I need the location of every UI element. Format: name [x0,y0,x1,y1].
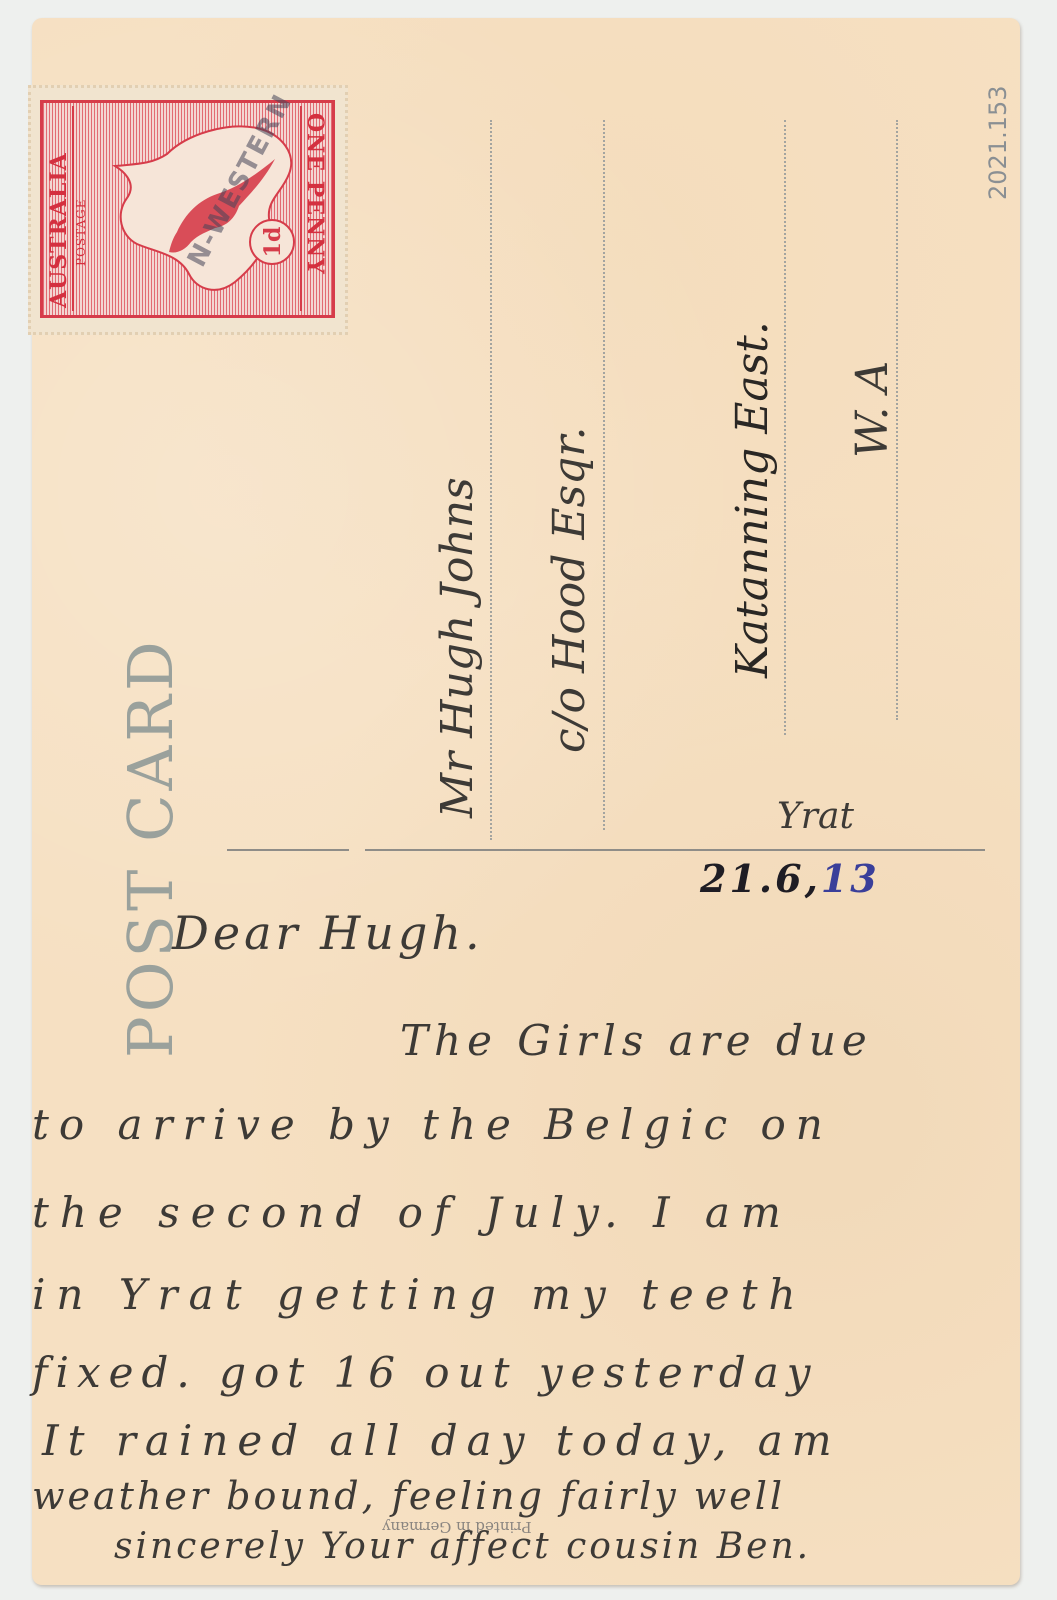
message-line: fixed. got 16 out yesterday [32,1348,818,1397]
date-day: 21 [700,856,759,901]
stamp-postage-label: POSTAGE [74,199,88,267]
printer-imprint: Printed in Germany [382,1518,532,1536]
address-town: Katanning East. [727,321,778,678]
date-year: 13 [821,856,880,901]
address-state: W. A [847,361,898,458]
message-line: weather bound, feeling fairly well [32,1474,785,1518]
message-line: the second of July. I am [32,1188,792,1237]
date-month: 6 [775,856,804,901]
address-care-of: c/o Hood Esqr. [544,427,595,754]
catalog-number: 2021.153 [984,85,1012,200]
message-line: It rained all day today, am [42,1416,841,1465]
svg-text:1d: 1d [260,227,286,258]
address-recipient: Mr Hugh Johns [432,477,483,818]
message-line: in Yrat getting my teeth [32,1270,807,1319]
address-line-1-rule [490,120,492,840]
message-line: to arrive by the Belgic on [32,1100,833,1149]
divider-left [227,849,349,851]
message-line: The Girls are due [400,1016,873,1065]
dateline-place: Yrat [777,796,854,837]
stamp-country-label: AUSTRALIA [46,152,72,308]
divider-right [365,849,985,851]
message-greeting: Dear Hugh. [172,906,484,960]
dateline-date: 21.6,13 [700,856,880,901]
address-line-2-rule [603,120,605,830]
post-card-header: POST CARD [114,637,187,1058]
address-line-3-rule [784,120,786,735]
postcard-back: AUSTRALIA POSTAGE ONE PENNY 1d N-WESTERN… [32,18,1020,1585]
